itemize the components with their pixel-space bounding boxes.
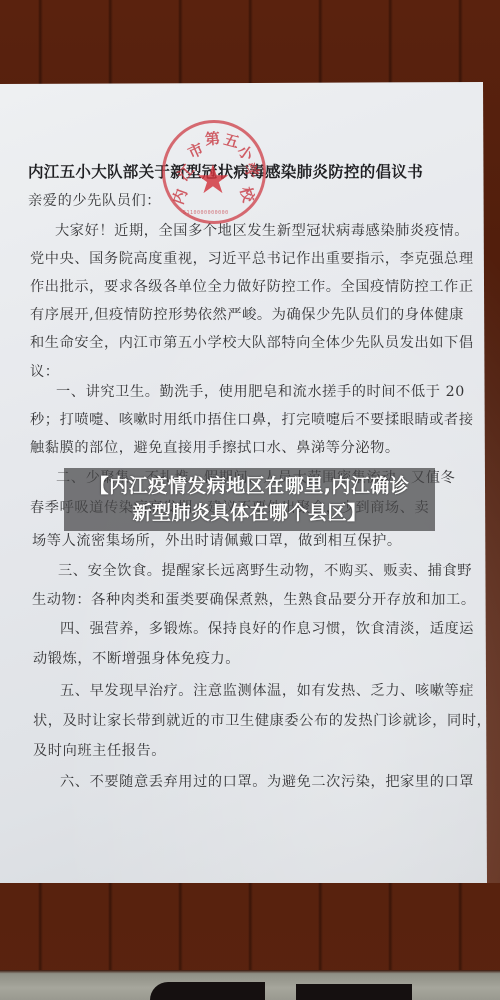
item-1-line: 触黏膜的部位，避免直接用手擦拭口水、鼻涕等分泌物。 — [30, 437, 400, 457]
item-1-line: 一、讲究卫生。勤洗手，使用肥皂和流水搓手的时间不低于 20 — [56, 381, 465, 401]
item-5-line: 状，及时让家长带到就近的市卫生健康委公布的发热门诊就诊，同时， — [33, 710, 491, 730]
body-line: 有序展开,但疫情防控形势依然严峻。为确保少先队员们的身体健康 — [30, 304, 464, 324]
seal-serial: 5110000000000 — [183, 210, 229, 216]
item-2-line: 场等人流密集场所，外出时请佩戴口罩，做到相互保护。 — [32, 530, 402, 550]
item-4-line: 动锻炼，不断增强身体免疫力。 — [33, 648, 240, 668]
body-line: 议： — [30, 361, 60, 381]
headline-caption-overlay: 【内江疫情发病地区在哪里,内江确诊 新型肺炎具体在哪个县区】 — [64, 468, 435, 531]
item-5-line: 及时向班主任报告。 — [33, 740, 166, 760]
body-line: 党中央、国务院高度重视，习近平总书记作出重要指示，李克强总理 — [30, 248, 474, 268]
item-3-line: 生动物：各种肉类和蛋类要确保煮熟，生熟食品要分开存放和加工。 — [32, 589, 476, 609]
item-3-line: 三、安全饮食。提醒家长远离野生动物，不购买、贩卖、捕食野 — [58, 560, 472, 580]
body-line: 作出批示，要求各级各单位全力做好防控工作。全国疫情防控工作正 — [30, 276, 474, 296]
seal-char: 第 — [204, 127, 221, 149]
caption-line-2: 新型肺炎具体在哪个县区】 — [132, 500, 366, 527]
caption-line-1: 【内江疫情发病地区在哪里,内江确诊 — [90, 473, 410, 500]
star-icon: ★ — [195, 160, 231, 200]
body-line: 大家好！近期，全国多个地区发生新型冠状病毒感染肺炎疫情。 — [55, 220, 469, 240]
item-4-line: 四、强营养，多锻炼。保持良好的作息习惯，饮食清淡，适度运 — [60, 618, 474, 638]
item-1-line: 秒；打喷嚏、咳嗽时用纸巾捂住口鼻，打完喷嚏后不要揉眼睛或者接 — [30, 409, 474, 429]
salutation: 亲爱的少先队员们： — [28, 190, 161, 210]
item-5-line: 五、早发现早治疗。注意监测体温，如有发热、乏力、咳嗽等症 — [60, 680, 474, 700]
body-line: 和生命安全，内江市第五小学校大队部特向全体少先队员发出如下倡 — [30, 332, 474, 352]
item-6-line: 六、不要随意丢弃用过的口罩。为避免二次污染，把家里的口罩 — [60, 771, 474, 791]
